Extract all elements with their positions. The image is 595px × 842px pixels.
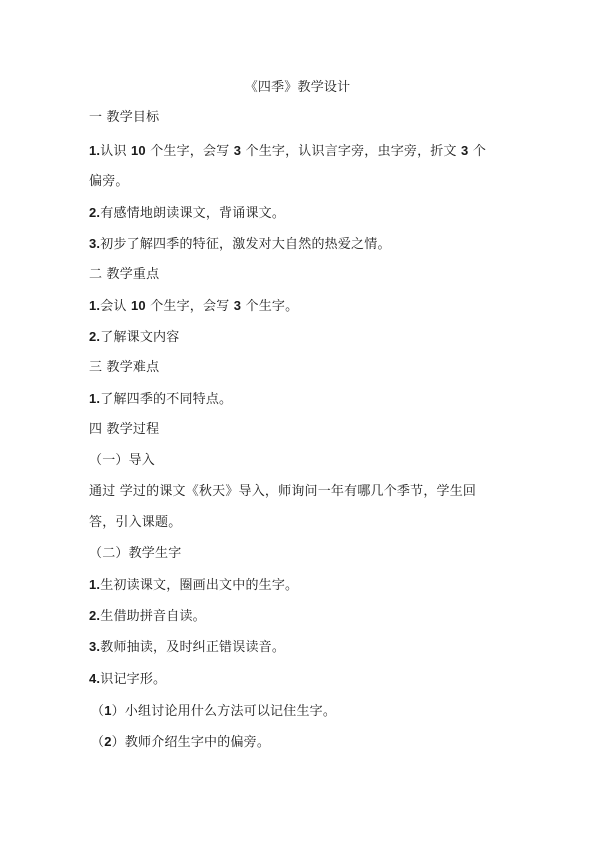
objective-item-2: 2.有感情地朗读课文，背诵课文。 xyxy=(89,204,509,223)
item-number: 3. xyxy=(89,639,100,654)
item-number: 2. xyxy=(89,205,100,220)
item-number: 1. xyxy=(89,577,100,592)
item-number: 2 xyxy=(104,734,111,749)
key-point-item-1: 1.会认 10 个生字，会写 3 个生字。 xyxy=(89,297,509,316)
subsection-heading-introduction: （一）导入 xyxy=(89,452,509,470)
objective-item-1: 1.认识 10 个生字，会写 3 个生字，认识言字旁，虫字旁，折文 3 个 xyxy=(89,142,509,161)
process-subitem-1: （1）小组讨论用什么方法可以记住生字。 xyxy=(91,702,511,721)
item-number: 1 xyxy=(104,703,111,718)
difficulty-item-1: 1.了解四季的不同特点。 xyxy=(89,390,509,409)
item-number: 1. xyxy=(89,143,100,158)
key-point-item-2: 2.了解课文内容 xyxy=(89,328,509,347)
item-number: 1. xyxy=(89,298,100,313)
document-page: 《四季》教学设计 一 教学目标 1.认识 10 个生字，会写 3 个生字，认识言… xyxy=(0,0,595,842)
section-heading-key-points: 二 教学重点 xyxy=(89,266,509,284)
item-number: 1. xyxy=(89,391,100,406)
objective-item-3: 3.初步了解四季的特征，激发对大自然的热爱之情。 xyxy=(89,235,509,254)
item-number: 4. xyxy=(89,671,100,686)
document-title: 《四季》教学设计 xyxy=(0,79,595,97)
subsection-heading-new-characters: （二）教学生字 xyxy=(89,545,509,563)
process-item-4: 4.识记字形。 xyxy=(89,670,509,689)
section-heading-difficulties: 三 教学难点 xyxy=(89,359,509,377)
process-item-2: 2.生借助拼音自读。 xyxy=(89,607,509,626)
process-item-1: 1.生初读课文，圈画出文中的生字。 xyxy=(89,576,509,595)
item-number: 3. xyxy=(89,236,100,251)
objective-item-1-continuation: 偏旁。 xyxy=(89,173,509,191)
process-item-3: 3.教师抽读，及时纠正错误读音。 xyxy=(89,638,509,657)
section-heading-process: 四 教学过程 xyxy=(89,421,509,439)
item-number: 2. xyxy=(89,329,100,344)
introduction-paragraph-line-2: 答，引入课题。 xyxy=(89,514,509,532)
section-heading-objectives: 一 教学目标 xyxy=(89,109,509,127)
item-number: 2. xyxy=(89,608,100,623)
introduction-paragraph-line-1: 通过 学过的课文《秋天》导入，师询问一年有哪几个季节，学生回 xyxy=(89,483,509,501)
process-subitem-2: （2）教师介绍生字中的偏旁。 xyxy=(91,733,511,752)
